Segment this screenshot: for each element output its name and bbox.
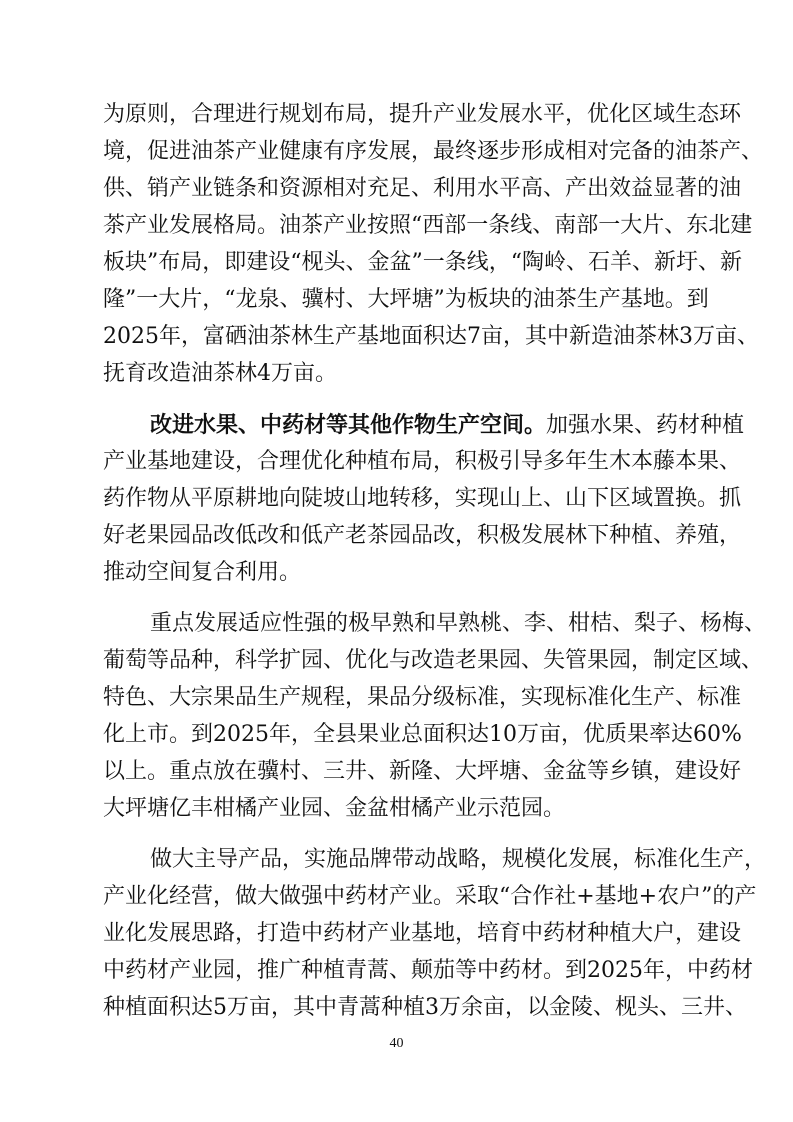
paragraph-1-line-2: 境，促进油茶产业健康有序发展，最终逐步形成相对完备的油茶产、 <box>103 137 691 167</box>
paragraph-1-line-1: 为原则，合理进行规划布局，提升产业发展水平，优化区域生态环 <box>103 100 691 130</box>
paragraph-4-line-4: 中药材产业园，推广种植青蒿、颠茄等中药材。到2025年，中药材 <box>103 956 691 986</box>
paragraph-3-line-5: 以上。重点放在骥村、三井、新隆、大坪塘、金盆等乡镇，建设好 <box>103 757 691 787</box>
paragraph-2-line-1: 改进水果、中药材等其他作物生产空间。加强水果、药材种植 <box>150 410 691 440</box>
paragraph-2-line-2: 产业基地建设，合理优化种植布局，积极引导多年生木本藤本果、 <box>103 447 691 477</box>
paragraph-4-line-1: 做大主导产品，实施品牌带动战略，规模化发展，标准化生产， <box>150 845 691 875</box>
paragraph-3-line-6: 大坪塘亿丰柑橘产业园、金盆柑橘产业示范园。 <box>103 794 691 824</box>
paragraph-4-line-3: 业化发展思路，打造中药材产业基地，培育中药材种植大户，建设 <box>103 919 691 949</box>
paragraph-4-line-5: 种植面积达5万亩，其中青蒿种植3万余亩，以金陵、枧头、三井、 <box>103 993 691 1023</box>
paragraph-1-line-6: 隆”一大片，“龙泉、骥村、大坪塘”为板块的油茶生产基地。到 <box>103 285 691 315</box>
paragraph-1-line-4: 茶产业发展格局。油茶产业按照“西部一条线、南部一大片、东北建 <box>103 211 691 241</box>
paragraph-2-line-3: 药作物从平原耕地向陡坡山地转移，实现山上、山下区域置换。抓 <box>103 484 691 514</box>
paragraph-2-first-line-rest: 加强水果、药材种植 <box>546 413 744 438</box>
paragraph-1-line-7: 2025年，富硒油茶林生产基地面积达7亩，其中新造油茶林3万亩、 <box>103 322 691 352</box>
paragraph-1-line-5: 板块”布局，即建设“枧头、金盆”一条线，“陶岭、石羊、新圩、新 <box>103 248 691 278</box>
document-page: 为原则，合理进行规划布局，提升产业发展水平，优化区域生态环 境，促进油茶产业健康… <box>0 0 793 1122</box>
paragraph-3-line-1: 重点发展适应性强的极早熟和早熟桃、李、柑桔、梨子、杨梅、 <box>150 609 691 639</box>
paragraph-2-heading: 改进水果、中药材等其他作物生产空间。 <box>150 412 546 438</box>
paragraph-3-line-4: 化上市。到2025年，全县果业总面积达10万亩，优质果率达60% <box>103 720 691 750</box>
paragraph-2-line-5: 推动空间复合利用。 <box>103 558 691 588</box>
paragraph-2-line-4: 好老果园品改低改和低产老茶园品改，积极发展林下种植、养殖， <box>103 521 691 551</box>
page-number: 40 <box>0 1036 793 1052</box>
paragraph-3-line-3: 特色、大宗果品生产规程，果品分级标准，实现标准化生产、标准 <box>103 683 691 713</box>
paragraph-1-line-8: 抚育改造油茶林4万亩。 <box>103 359 691 389</box>
paragraph-3-line-2: 葡萄等品种，科学扩园、优化与改造老果园、失管果园，制定区域、 <box>103 646 691 676</box>
paragraph-4-line-2: 产业化经营，做大做强中药材产业。采取“合作社+基地+农户”的产 <box>103 882 691 912</box>
paragraph-1-line-3: 供、销产业链条和资源相对充足、利用水平高、产出效益显著的油 <box>103 174 691 204</box>
